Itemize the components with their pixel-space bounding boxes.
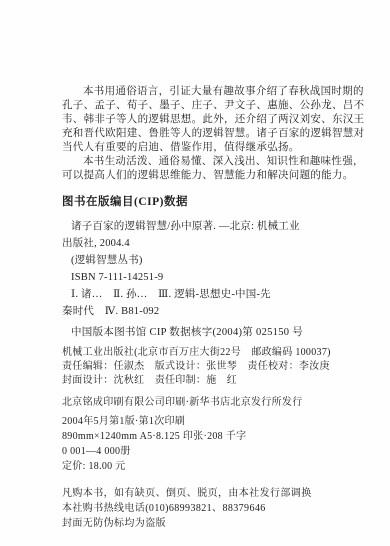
purchase-notice-block: 凡购本书，如有缺页、倒页、脱页，由本社发行部调换 本社购书热线电话(010)68… xyxy=(62,486,336,531)
intro-line: 韦、韩非子等人的逻辑思想。此外，还介绍了两汉刘安、东汉王 xyxy=(62,113,336,127)
cip-line-classification: Ⅰ. 诸… Ⅱ. 孙… Ⅲ. 逻辑-思想史-中国-先 xyxy=(62,286,336,303)
print-info-block: 北京铭成印刷有限公司印刷·新华书店北京发行所发行 2004年5月第1版·第1次印… xyxy=(62,395,336,474)
intro-line: 当代人有重要的启迪、借鉴作用，值得继承弘扬。 xyxy=(62,141,336,155)
staff-editors-line: 责任编辑：任淑杰 版式设计：张世琴 责任校对：李汝庚 xyxy=(62,360,336,374)
format-line: 890mm×1240mm A5·8.125 印张·208 千字 xyxy=(62,429,336,444)
cip-line-isbn: ISBN 7-111-14251-9 xyxy=(62,269,336,286)
replacement-notice-line: 凡购本书，如有缺页、倒页、脱页，由本社发行部调换 xyxy=(62,486,336,501)
cip-heading: 图书在版编目(CIP)数据 xyxy=(62,193,336,209)
intro-line: 孔子、孟子、荀子、墨子、庄子、尹文子、惠施、公孙龙、吕不 xyxy=(62,99,336,113)
anti-piracy-line: 封面无防伪标均为盗版 xyxy=(62,516,336,531)
cip-line: 诸子百家的逻辑智慧/孙中原著. —北京: 机械工业 xyxy=(62,218,336,235)
publisher-block: 机械工业出版社(北京市百万庄大街22号 邮政编码 100037) 责任编辑：任淑… xyxy=(62,346,336,388)
printer-distributor-line: 北京铭成印刷有限公司印刷·新华书店北京发行所发行 xyxy=(62,395,336,410)
cip-line-classification: 秦时代 Ⅳ. B81-092 xyxy=(62,303,336,320)
publisher-address-line: 机械工业出版社(北京市百万庄大街22号 邮政编码 100037) xyxy=(62,346,336,360)
edition-line: 2004年5月第1版·第1次印刷 xyxy=(62,414,336,429)
cip-record-number: 中国版本图书馆 CIP 数据核字(2004)第 025150 号 xyxy=(62,324,336,339)
intro-line: 本书用通俗语言，引证大量有趣故事介绍了春秋战国时期的 xyxy=(62,85,336,99)
hotline-phone-line: 本社购书热线电话(010)68993821、88379646 xyxy=(62,501,336,516)
intro-line: 可以提高人们的逻辑思维能力、智慧能力和解决问题的能力。 xyxy=(62,169,336,183)
print-run-line: 0 001—4 000册 xyxy=(62,444,336,459)
staff-design-line: 封面设计：沈秋红 责任印制：施 红 xyxy=(62,374,336,388)
cip-line-series: (逻辑智慧丛书) xyxy=(62,252,336,269)
cip-data-block: 诸子百家的逻辑智慧/孙中原著. —北京: 机械工业 出版社, 2004.4 (逻… xyxy=(62,218,336,320)
intro-paragraph: 本书用通俗语言，引证大量有趣故事介绍了春秋战国时期的 孔子、孟子、荀子、墨子、庄… xyxy=(62,85,336,183)
cip-line: 出版社, 2004.4 xyxy=(62,235,336,252)
copyright-page: 本书用通俗语言，引证大量有趣故事介绍了春秋战国时期的 孔子、孟子、荀子、墨子、庄… xyxy=(0,0,390,546)
intro-line: 本书生动活泼、通俗易懂、深入浅出、知识性和趣味性强， xyxy=(62,155,336,169)
intro-line: 充和晋代欧阳建、鲁胜等人的逻辑智慧。诸子百家的逻辑智慧对 xyxy=(62,127,336,141)
price-line: 定价: 18.00 元 xyxy=(62,459,336,474)
